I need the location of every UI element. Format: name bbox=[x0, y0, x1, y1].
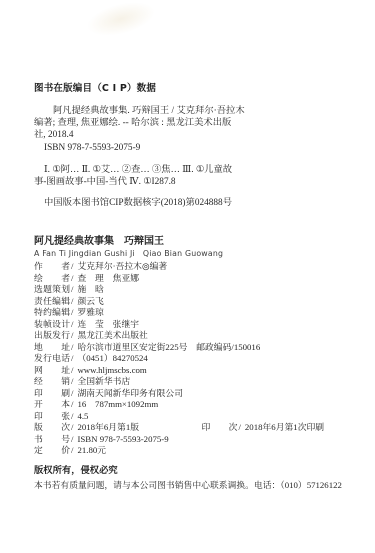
cip-isbn-line: ISBN 978-7-5593-2075-9 bbox=[34, 142, 359, 154]
book-title-pinyin: A Fan Ti Jingdian Gushi Ji Qiao Bian Guo… bbox=[34, 248, 359, 260]
row-separator: / bbox=[71, 273, 73, 283]
row-label: 发行电话 bbox=[34, 353, 70, 365]
book-title: 阿凡提经典故事集 巧辩国王 bbox=[34, 235, 359, 248]
row-value: 哈尔滨市道里区安定街225号 邮政编码/150016 bbox=[77, 342, 260, 352]
row-value: 全国新华书店 bbox=[77, 376, 130, 386]
row-value: ISBN 978-7-5593-2075-9 bbox=[77, 434, 168, 444]
row-label: 作者 bbox=[34, 261, 70, 273]
row-value: 2018年6月第1版 bbox=[77, 422, 201, 434]
row-separator: / bbox=[71, 376, 73, 386]
row-separator: / bbox=[71, 319, 73, 329]
cip-class-line-2: 事-图画故事-中国-当代 Ⅳ. ①I287.8 bbox=[34, 176, 359, 188]
row-separator: / bbox=[71, 307, 73, 317]
row-separator: / bbox=[71, 399, 73, 409]
info-row-topic-planner: 选题策划/施 晗 bbox=[34, 284, 359, 296]
row-label: 印张 bbox=[34, 411, 70, 423]
row-value: 艾克拜尔·吾拉木◎编著 bbox=[77, 261, 167, 271]
row-value: （0451）84270524 bbox=[77, 353, 147, 363]
cip-description-paragraph: 阿凡提经典故事集. 巧辩国王 / 艾克拜尔·吾拉木 编著; 查理, 焦亚娜绘. … bbox=[34, 105, 359, 154]
row-value: 4.5 bbox=[77, 411, 88, 421]
row-label: 印刷 bbox=[34, 388, 70, 400]
info-row-binding-design: 装帧设计/连 莹 张继宇 bbox=[34, 319, 359, 331]
row-label: 特约编辑 bbox=[34, 307, 70, 319]
row-label: 责任编辑 bbox=[34, 296, 70, 308]
row-separator: / bbox=[71, 296, 73, 306]
info-row-printer: 印刷/湖南天闻新华印务有限公司 bbox=[34, 388, 359, 400]
cip-line-2: 编著; 查理, 焦亚娜绘. -- 哈尔滨 : 黑龙江美术出版 bbox=[34, 117, 359, 129]
row-value-printing: 2018年6月第1次印刷 bbox=[245, 422, 324, 432]
info-row-distribution-phone: 发行电话/（0451）84270524 bbox=[34, 353, 359, 365]
quality-contact-line: 本书若有质量问题，请与本公司图书销售中心联系调换。电话：（010）5712612… bbox=[34, 479, 359, 491]
row-separator: / bbox=[71, 261, 73, 271]
row-separator: / bbox=[71, 434, 73, 444]
row-separator: / bbox=[71, 342, 73, 352]
row-label: 经销 bbox=[34, 376, 70, 388]
cip-header: 图书在版编目（C I P）数据 bbox=[34, 83, 359, 95]
row-value: 查 理 焦亚娜 bbox=[77, 273, 139, 283]
row-label: 网址 bbox=[34, 365, 70, 377]
cip-line-1: 阿凡提经典故事集. 巧辩国王 / 艾克拜尔·吾拉木 bbox=[34, 105, 359, 117]
row-label: 出版发行 bbox=[34, 330, 70, 342]
copyright-notice: 版权所有，侵权必究 本书若有质量问题，请与本公司图书销售中心联系调换。电话：（0… bbox=[34, 465, 359, 491]
row-separator: / bbox=[71, 388, 73, 398]
row-separator: / bbox=[71, 445, 73, 455]
row-label: 装帧设计 bbox=[34, 319, 70, 331]
info-row-distributor: 经销/全国新华书店 bbox=[34, 376, 359, 388]
row-value: 连 莹 张继宇 bbox=[77, 319, 139, 329]
publication-info-list: 作者/艾克拜尔·吾拉木◎编著 绘者/查 理 焦亚娜 选题策划/施 晗 责任编辑/… bbox=[34, 261, 359, 457]
cip-section: 图书在版编目（C I P）数据 阿凡提经典故事集. 巧辩国王 / 艾克拜尔·吾拉… bbox=[34, 83, 359, 209]
row-separator: / bbox=[71, 422, 73, 432]
row-label: 绘者 bbox=[34, 273, 70, 285]
info-row-contributing-editor: 特约编辑/罗雅琼 bbox=[34, 307, 359, 319]
row-label: 定价 bbox=[34, 445, 70, 457]
row-label: 版次 bbox=[34, 422, 70, 434]
info-row-managing-editor: 责任编辑/颜云飞 bbox=[34, 296, 359, 308]
row-separator: / bbox=[71, 330, 73, 340]
info-row-website: 网址/www.hljmscbs.com bbox=[34, 365, 359, 377]
row-separator: / bbox=[71, 411, 73, 421]
cip-class-line-1: Ⅰ. ①阿… Ⅱ. ①艾… ②查… ③焦… Ⅲ. ①儿童故 bbox=[34, 164, 359, 176]
book-copyright-page: 图书在版编目（C I P）数据 阿凡提经典故事集. 巧辩国王 / 艾克拜尔·吾拉… bbox=[0, 0, 375, 553]
info-row-author: 作者/艾克拜尔·吾拉木◎编著 bbox=[34, 261, 359, 273]
row-value: 16 787mm×1092mm bbox=[77, 399, 158, 409]
cip-classification: Ⅰ. ①阿… Ⅱ. ①艾… ②查… ③焦… Ⅲ. ①儿童故 事-图画故事-中国-… bbox=[34, 164, 359, 188]
row-label-printing: 印次 bbox=[201, 422, 237, 434]
info-row-isbn: 书号/ISBN 978-7-5593-2075-9 bbox=[34, 434, 359, 446]
cip-line-3: 社, 2018.4 bbox=[34, 129, 359, 141]
row-value: www.hljmscbs.com bbox=[77, 365, 146, 375]
copyright-warning: 版权所有，侵权必究 bbox=[34, 465, 359, 477]
row-label: 书号 bbox=[34, 434, 70, 446]
row-label: 选题策划 bbox=[34, 284, 70, 296]
info-row-publisher: 出版发行/黑龙江美术出版社 bbox=[34, 330, 359, 342]
page-content: 图书在版编目（C I P）数据 阿凡提经典故事集. 巧辩国王 / 艾克拜尔·吾拉… bbox=[0, 0, 375, 491]
info-row-illustrator: 绘者/查 理 焦亚娜 bbox=[34, 273, 359, 285]
row-value: 湖南天闻新华印务有限公司 bbox=[77, 388, 183, 398]
cip-registry-number: 中国版本图书馆CIP数据核字(2018)第024888号 bbox=[34, 197, 359, 209]
info-row-edition: 版次/2018年6月第1版印次/2018年6月第1次印刷 bbox=[34, 422, 359, 434]
row-separator: / bbox=[238, 422, 240, 432]
row-label: 开本 bbox=[34, 399, 70, 411]
row-separator: / bbox=[71, 365, 73, 375]
row-value: 罗雅琼 bbox=[77, 307, 103, 317]
row-label: 地址 bbox=[34, 342, 70, 354]
row-value: 黑龙江美术出版社 bbox=[77, 330, 147, 340]
row-separator: / bbox=[71, 353, 73, 363]
row-separator: / bbox=[71, 284, 73, 294]
info-row-address: 地址/哈尔滨市道里区安定街225号 邮政编码/150016 bbox=[34, 342, 359, 354]
info-row-format: 开本/16 787mm×1092mm bbox=[34, 399, 359, 411]
row-value: 21.80元 bbox=[77, 445, 106, 455]
book-info-section: 阿凡提经典故事集 巧辩国王 A Fan Ti Jingdian Gushi Ji… bbox=[34, 235, 359, 457]
row-value: 施 晗 bbox=[77, 284, 103, 294]
info-row-price: 定价/21.80元 bbox=[34, 445, 359, 457]
info-row-sheets: 印张/4.5 bbox=[34, 411, 359, 423]
row-value: 颜云飞 bbox=[77, 296, 103, 306]
